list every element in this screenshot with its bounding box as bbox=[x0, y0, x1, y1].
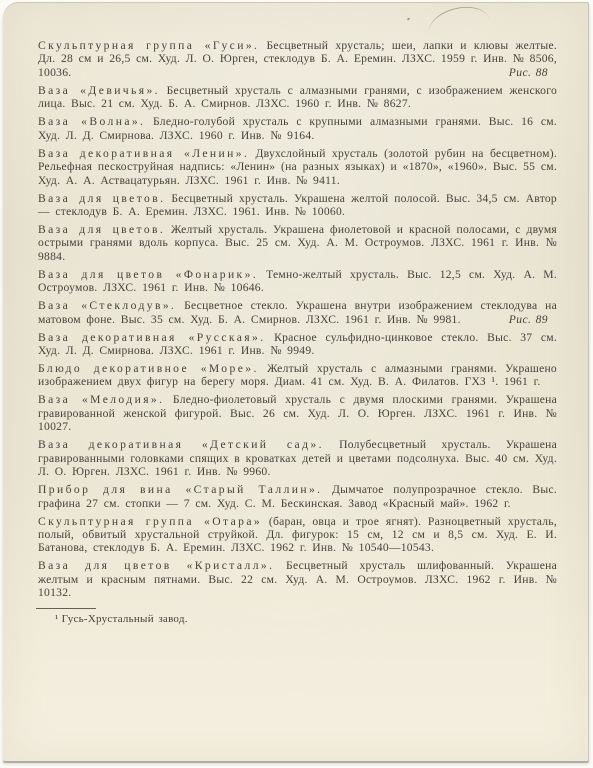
catalog-entry: Ваза декоративная «Русская». Красное сул… bbox=[38, 331, 557, 358]
scanned-page-background: Скульптурная группа «Гуси». Бесцветный х… bbox=[0, 0, 593, 768]
pencil-mark bbox=[425, 1, 490, 34]
entry-heading: Прибор для вина «Старый Таллин». bbox=[38, 483, 322, 496]
footnote-text: Гусь-Хрустальный завод. bbox=[62, 613, 188, 625]
catalog-entry: Ваза «Мелодия». Бледно-фиолетовый хруста… bbox=[38, 393, 557, 433]
catalog-entry: Ваза декоративная «Детский сад». Полубес… bbox=[38, 438, 557, 478]
entry-heading: Ваза для цветов «Фонарик». bbox=[38, 268, 258, 281]
entry-heading: Ваза «Мелодия». bbox=[38, 393, 164, 406]
entry-heading: Ваза для цветов «Кристалл». bbox=[38, 559, 274, 572]
catalog-entry: Блюдо декоративное «Море». Желтый хруста… bbox=[38, 362, 557, 389]
catalog-entry: Скульптурная группа «Гуси». Бесцветный х… bbox=[38, 39, 557, 79]
catalog-entry: Ваза «Волна». Бледно-голубой хрусталь с … bbox=[38, 115, 557, 142]
catalog-entry: Ваза «Девичья». Бесцветный хрусталь с ал… bbox=[38, 84, 557, 111]
entry-heading: Ваза «Девичья». bbox=[38, 84, 160, 97]
catalog-entry: Ваза декоративная «Ленин». Двухслойный х… bbox=[38, 147, 557, 187]
book-page: Скульптурная группа «Гуси». Бесцветный х… bbox=[3, 2, 589, 761]
catalog-entry: Ваза для цветов. Желтый хрусталь. Украше… bbox=[38, 223, 557, 263]
entry-heading: Скульптурная группа «Отара» bbox=[38, 515, 262, 528]
pencil-mark-dot bbox=[407, 17, 411, 20]
catalog-entry: Ваза для цветов «Фонарик». Темно-желтый … bbox=[38, 268, 557, 295]
footnote: ¹Гусь-Хрустальный завод. bbox=[38, 613, 557, 626]
entry-heading: Ваза «Стеклодув». bbox=[38, 299, 176, 312]
entry-heading: Блюдо декоративное «Море». bbox=[38, 362, 259, 375]
entry-heading: Скульптурная группа «Гуси». bbox=[38, 39, 259, 52]
entry-heading: Ваза «Волна». bbox=[38, 115, 145, 128]
entry-heading: Ваза декоративная «Детский сад». bbox=[38, 438, 324, 451]
catalog-text-block: Скульптурная группа «Гуси». Бесцветный х… bbox=[38, 39, 557, 626]
catalog-entry: Ваза для цветов «Кристалл». Бесцветный х… bbox=[38, 559, 557, 599]
catalog-entry: Прибор для вина «Старый Таллин». Дымчато… bbox=[38, 483, 557, 510]
entry-heading: Ваза для цветов. bbox=[38, 223, 165, 236]
footnote-divider bbox=[36, 608, 96, 609]
figure-reference: Рис. 89 bbox=[509, 313, 548, 326]
figure-reference: Рис. 88 bbox=[509, 66, 548, 79]
entry-heading: Ваза декоративная «Русская». bbox=[38, 331, 266, 344]
catalog-entry: Ваза для цветов. Бесцветный хрусталь. Ук… bbox=[38, 192, 557, 219]
catalog-entry: Скульптурная группа «Отара» (баран, овца… bbox=[38, 515, 557, 555]
entry-heading: Ваза для цветов. bbox=[38, 192, 165, 205]
catalog-entry: Ваза «Стеклодув». Бесцветное стекло. Укр… bbox=[38, 299, 557, 326]
footnote-marker: ¹ bbox=[55, 613, 59, 625]
entry-heading: Ваза декоративная «Ленин». bbox=[38, 147, 249, 160]
